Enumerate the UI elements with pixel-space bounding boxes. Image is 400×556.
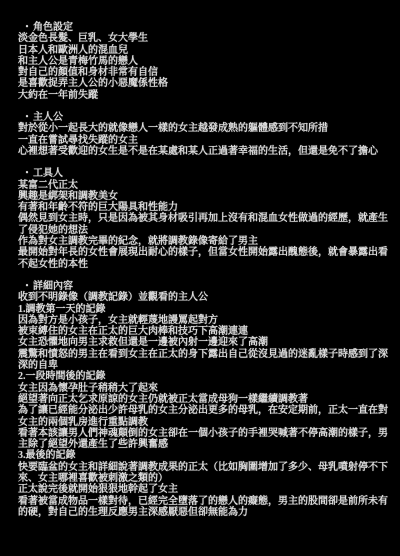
text-line: 是喜歡捉弄主人公的小惡魔係性格 [18,78,388,89]
section-header: ・角色設定 [18,22,388,33]
text-line: 3.最後的記錄 [18,450,388,461]
text-line: 2.一段時間後的記錄 [18,371,388,382]
text-line: 某富二代正太 [18,180,388,191]
section-header: ・詳細內容 [18,281,388,292]
bullet-icon: ・ [22,112,32,123]
text-line: 有著和年齡不符的巨大陽具和性能力 [18,202,388,213]
text-line: 看著被當成物品一樣對待，已經完全墮落了的戀人的癡態，男主的股間卻是前所未有的硬，… [18,496,388,519]
text-line: 女主恐懼地向男主求救但還是一邊被內射一邊迎來了高潮 [18,337,388,348]
text-line: 看著本該讓男人們神魂顛倒的女主卻在一個小孩子的手裡哭喊著不停高潮的樣子，男主除了… [18,428,388,451]
text-line: 絕望著向正太乞求原諒的女主仍就被正太當成母狗一樣繼續調教著 [18,394,388,405]
section-0: ・角色設定淡金色長髮、巨乳、女大學生日本人和歐洲人的混血兒和主人公是青梅竹馬的戀… [18,22,388,101]
text-line: 震驚和憤怒的男主在看到女主在正太的身下露出自己從沒見過的迷亂樣子時感到了深深的自… [18,349,388,372]
text-line: 對自己的顏值和身材非常有自信 [18,67,388,78]
section-header: ・工具人 [18,168,388,179]
section-title: 工具人 [33,168,63,179]
bullet-icon: ・ [22,281,32,292]
text-line: 快要臨盆的女主和詳細說著調教成果的正太（比如胸圍增加了多少、母乳噴射停不下來、女… [18,462,388,485]
text-line: 被束縛住的女主在正太的巨大肉棒和技巧下高潮連連 [18,326,388,337]
bullet-icon: ・ [22,168,32,179]
text-line: 日本人和歐洲人的混血兒 [18,45,388,56]
text-line: 淡金色長髮、巨乳、女大學生 [18,33,388,44]
text-line: 最開始對年長的女性會展現出耐心的樣子，但當女性開始露出醜態後，就會暴露出看不起女… [18,247,388,270]
section-1: ・主人公對於從小一起長大的就像戀人一樣的女主越發成熟的軀體感到不知所措一直在嘗試… [18,112,388,157]
section-header: ・主人公 [18,112,388,123]
section-title: 主人公 [33,112,63,123]
text-line: 為了讓已經能分泌出少許母乳的女主分泌出更多的母乳，在安定期前，正太一直在對女主的… [18,405,388,428]
text-line: 和主人公是青梅竹馬的戀人 [18,56,388,67]
text-line: 正太說完後就開始狠狠地幹起了女主 [18,484,388,495]
text-line: 偶然見到女主時，只是因為被其身材吸引再加上沒有和混血女性做過的經歷，就產生了侵犯… [18,213,388,236]
text-line: 對於從小一起長大的就像戀人一樣的女主越發成熟的軀體感到不知所措 [18,123,388,134]
document-page: ・角色設定淡金色長髮、巨乳、女大學生日本人和歐洲人的混血兒和主人公是青梅竹馬的戀… [0,0,400,556]
section-title: 角色設定 [33,22,73,33]
text-line: 1.調教第一天的記錄 [18,304,388,315]
text-line: 女主因為懷孕肚子稍稍大了起來 [18,383,388,394]
text-line: 一直在嘗試尋找失蹤的女主 [18,135,388,146]
text-line: 心裡想著受歡迎的女生是不是在某處和某人正過著幸福的生活，但還是免不了擔心 [18,146,388,157]
section-3: ・詳細內容收到不明錄像（調教記錄）並觀看的主人公1.調教第一天的記錄因為對方是小… [18,281,388,518]
text-line: 收到不明錄像（調教記錄）並觀看的主人公 [18,292,388,303]
section-2: ・工具人某富二代正太興趣是綁架和調教美女有著和年齡不符的巨大陽具和性能力偶然見到… [18,168,388,270]
text-line: 作為對女主調教完畢的紀念，就將調教錄像寄給了男主 [18,236,388,247]
text-line: 興趣是綁架和調教美女 [18,191,388,202]
text-line: 大約在一年前失蹤 [18,90,388,101]
bullet-icon: ・ [22,22,32,33]
text-line: 因為對方是小孩子，女主就輕蔑地謾罵起對方 [18,315,388,326]
section-title: 詳細內容 [33,281,73,292]
